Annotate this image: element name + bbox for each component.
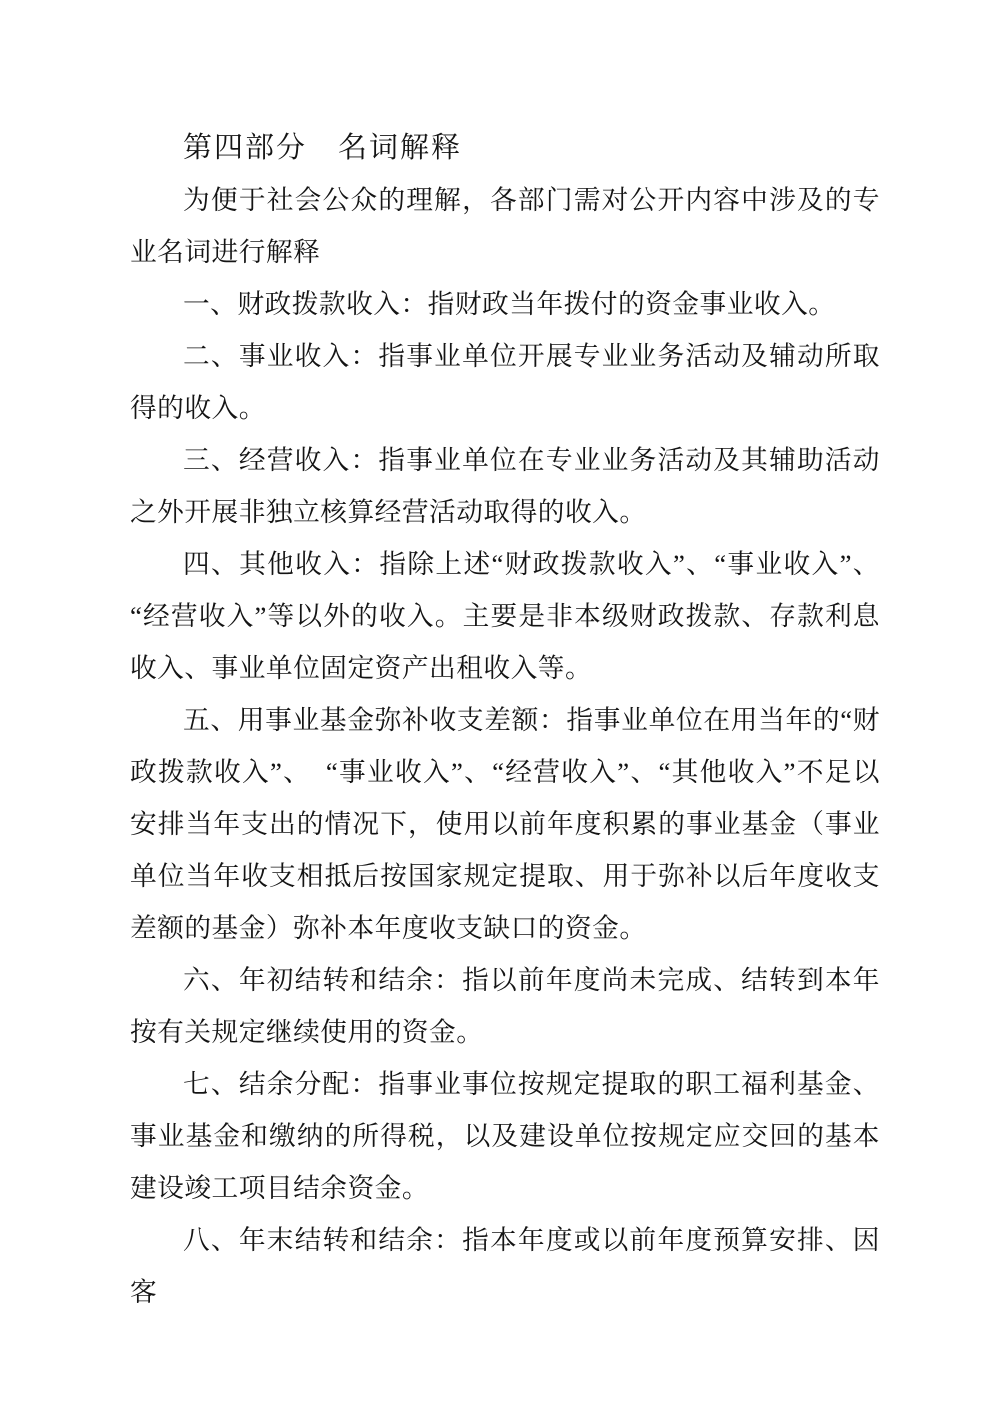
section-heading: 第四部分 名词解释: [130, 122, 880, 174]
term-paragraph-beginning-year-carryover: 六、年初结转和结余：指以前年度尚未完成、结转到本年按有关规定继续使用的资金。: [130, 954, 880, 1058]
term-paragraph-year-end-carryover: 八、年末结转和结余：指本年度或以前年度预算安排、因客: [130, 1214, 880, 1318]
intro-paragraph: 为便于社会公众的理解，各部门需对公开内容中涉及的专业名词进行解释: [130, 174, 880, 278]
term-paragraph-fund-offset-balance: 五、用事业基金弥补收支差额：指事业单位在用当年的“财政拨款收入”、 “事业收入”…: [130, 694, 880, 954]
term-paragraph-business-income: 三、经营收入：指事业单位在专业业务活动及其辅助活动之外开展非独立核算经营活动取得…: [130, 434, 880, 538]
document-page: 第四部分 名词解释 为便于社会公众的理解，各部门需对公开内容中涉及的专业名词进行…: [0, 0, 992, 1403]
term-paragraph-operating-unit-income: 二、事业收入：指事业单位开展专业业务活动及辅动所取得的收入。: [130, 330, 880, 434]
term-paragraph-fiscal-appropriation-income: 一、财政拨款收入：指财政当年拨付的资金事业收入。: [130, 278, 880, 330]
term-paragraph-balance-distribution: 七、结余分配：指事业事位按规定提取的职工福利基金、事业基金和缴纳的所得税，以及建…: [130, 1058, 880, 1214]
term-paragraph-other-income: 四、其他收入：指除上述“财政拨款收入”、“事业收入”、“经营收入”等以外的收入。…: [130, 538, 880, 694]
